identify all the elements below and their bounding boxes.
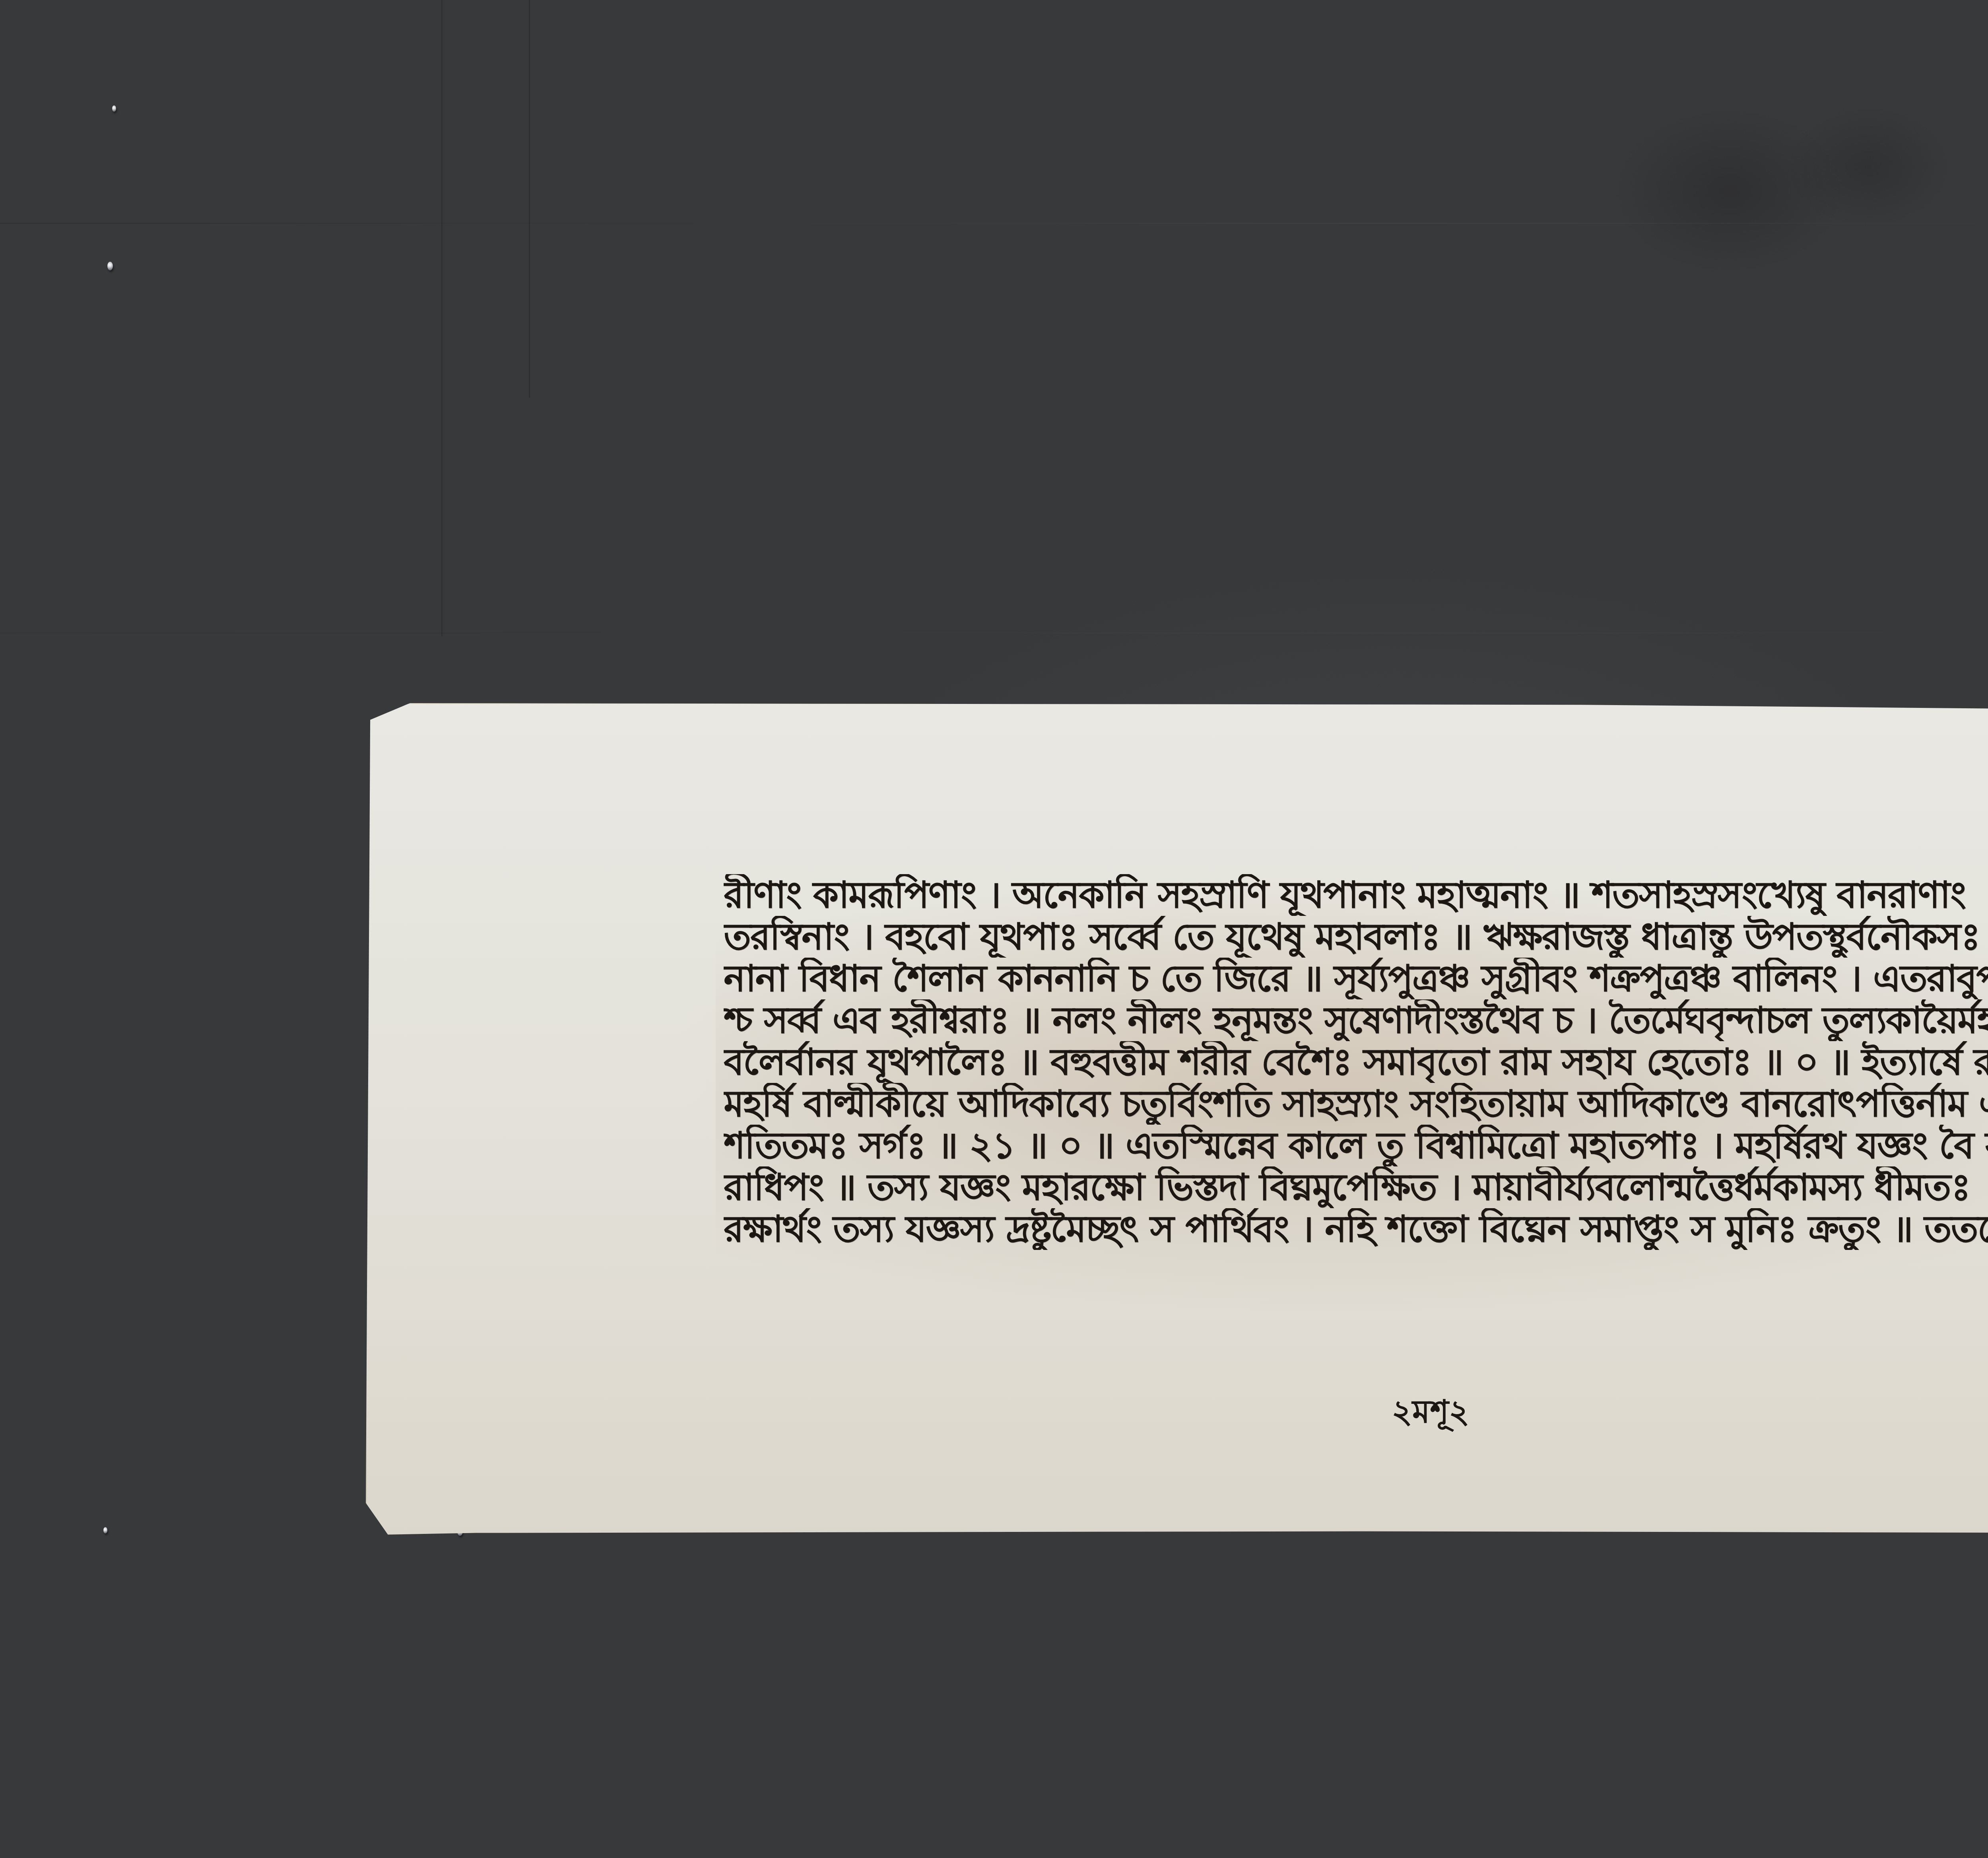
manuscript-line: মহর্ষি বাল্মীকীয়ে আদিকাব্যে চতুর্বিংশতি… [724, 1083, 1988, 1125]
mount-board-crease [0, 632, 1988, 634]
manuscript-leaf: রীণাং কামরূপিণাং । অনেকানি সহস্রাণি যূথপ… [366, 703, 1988, 1536]
manuscript-line: নানা বিধান শৈলান কাননানি চ তে জিরে ॥ সূর… [724, 958, 1988, 999]
mount-board-crease [529, 0, 530, 398]
manuscript-line: শ্চ সর্ব্ব এব হরীশ্বরাঃ ॥ নলং নীলং হনূমন… [724, 999, 1988, 1041]
mount-board-crease [441, 0, 443, 636]
manuscript-text: রীণাং কামরূপিণাং । অনেকানি সহস্রাণি যূথপ… [724, 874, 1988, 1250]
mount-board-crease [0, 223, 1988, 224]
pin-icon [103, 1527, 107, 1533]
manuscript-line: রীণাং কামরূপিণাং । অনেকানি সহস্রাণি যূথপ… [724, 874, 1988, 916]
manuscript-line: রাধিপং ॥ তস্য যজ্ঞং মহারক্ষো ভিস্তদা বিঘ… [724, 1166, 1988, 1208]
folio-number: ২মশূ২ [1392, 1387, 1470, 1440]
manuscript-line: শতিতমঃ সর্গঃ ॥ ২১ ॥ ০ ॥ এতস্মিন্নেব কালে… [724, 1125, 1988, 1166]
manuscript-line: রক্ষার্থং তস্য যজ্ঞস্য দ্রষ্টুমৈচ্ছৎ স প… [724, 1208, 1988, 1250]
pin-icon [112, 105, 116, 112]
manuscript-line: তরস্বিনাং । বহবো যূথপাঃ সর্ব্বে তে যূথেষ… [724, 916, 1988, 958]
pin-icon [107, 262, 113, 270]
manuscript-line: বলৈর্বানর যূথপালৈঃ ॥ বহুবত্তীম শরীর বেশৈ… [724, 1041, 1988, 1083]
